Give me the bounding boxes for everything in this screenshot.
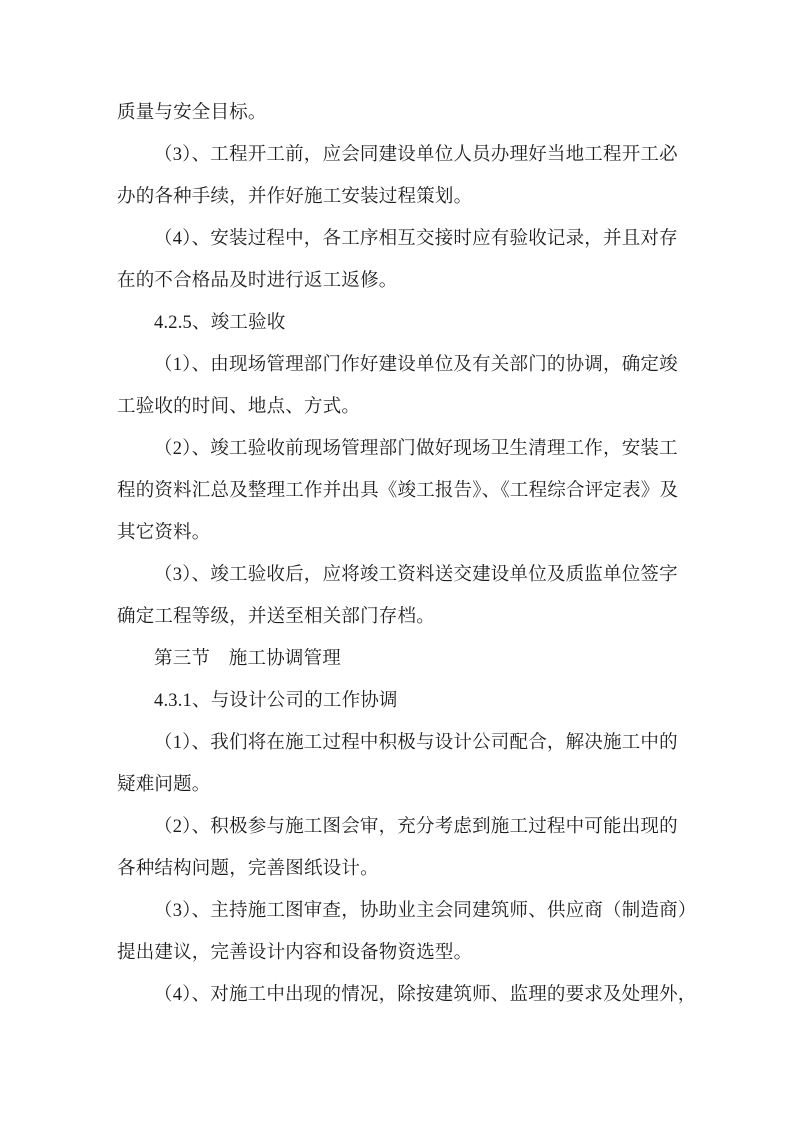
text-line: 第三节 施工协调管理 <box>117 638 679 680</box>
body-paragraph: （2）、积极参与施工图会审，充分考虑到施工过程中可能出现的各种结构问题，完善图纸… <box>117 806 679 890</box>
document-page: 质量与安全目标。（3）、工程开工前，应会同建设单位人员办理好当地工程开工必办的各… <box>0 0 793 1122</box>
body-paragraph: 质量与安全目标。 <box>117 92 679 134</box>
text-line: 质量与安全目标。 <box>117 92 679 134</box>
heading-paragraph: 4.2.5、竣工验收 <box>117 302 679 344</box>
text-line: （4）、安装过程中，各工序相互交接时应有验收记录，并且对存 <box>117 218 679 260</box>
body-paragraph: （4）、安装过程中，各工序相互交接时应有验收记录，并且对存在的不合格品及时进行返… <box>117 218 679 302</box>
text-line: （2）、积极参与施工图会审，充分考虑到施工过程中可能出现的 <box>117 806 679 848</box>
text-line: 程的资料汇总及整理工作并出具《竣工报告》、《工程综合评定表》及 <box>117 470 679 512</box>
text-line: 在的不合格品及时进行返工返修。 <box>117 260 679 302</box>
text-line: 办的各种手续，并作好施工安装过程策划。 <box>117 176 679 218</box>
text-line: （1）、由现场管理部门作好建设单位及有关部门的协调，确定竣 <box>117 344 679 386</box>
text-line: 4.2.5、竣工验收 <box>117 302 679 344</box>
text-line: （3）、主持施工图审查，协助业主会同建筑师、供应商（制造商） <box>117 890 679 932</box>
body-paragraph: （4）、对施工中出现的情况，除按建筑师、监理的要求及处理外， <box>117 974 679 1016</box>
text-line: （4）、对施工中出现的情况，除按建筑师、监理的要求及处理外， <box>117 974 679 1016</box>
heading-paragraph: 4.3.1、与设计公司的工作协调 <box>117 680 679 722</box>
text-line: 确定工程等级，并送至相关部门存档。 <box>117 596 679 638</box>
text-line: 其它资料。 <box>117 512 679 554</box>
text-line: 疑难问题。 <box>117 764 679 806</box>
heading-paragraph: 第三节 施工协调管理 <box>117 638 679 680</box>
body-paragraph: （3）、竣工验收后，应将竣工资料送交建设单位及质监单位签字确定工程等级，并送至相… <box>117 554 679 638</box>
page-text-block: 质量与安全目标。（3）、工程开工前，应会同建设单位人员办理好当地工程开工必办的各… <box>117 92 679 1016</box>
text-line: （2）、竣工验收前现场管理部门做好现场卫生清理工作，安装工 <box>117 428 679 470</box>
text-line: 4.3.1、与设计公司的工作协调 <box>117 680 679 722</box>
body-paragraph: （3）、工程开工前，应会同建设单位人员办理好当地工程开工必办的各种手续，并作好施… <box>117 134 679 218</box>
text-line: （1）、我们将在施工过程中积极与设计公司配合，解决施工中的 <box>117 722 679 764</box>
body-paragraph: （1）、我们将在施工过程中积极与设计公司配合，解决施工中的疑难问题。 <box>117 722 679 806</box>
text-line: 提出建议，完善设计内容和设备物资选型。 <box>117 932 679 974</box>
body-paragraph: （2）、竣工验收前现场管理部门做好现场卫生清理工作，安装工程的资料汇总及整理工作… <box>117 428 679 554</box>
text-line: 工验收的时间、地点、方式。 <box>117 386 679 428</box>
text-line: 各种结构问题，完善图纸设计。 <box>117 848 679 890</box>
body-paragraph: （1）、由现场管理部门作好建设单位及有关部门的协调，确定竣工验收的时间、地点、方… <box>117 344 679 428</box>
text-line: （3）、工程开工前，应会同建设单位人员办理好当地工程开工必 <box>117 134 679 176</box>
text-line: （3）、竣工验收后，应将竣工资料送交建设单位及质监单位签字 <box>117 554 679 596</box>
body-paragraph: （3）、主持施工图审查，协助业主会同建筑师、供应商（制造商）提出建议，完善设计内… <box>117 890 679 974</box>
